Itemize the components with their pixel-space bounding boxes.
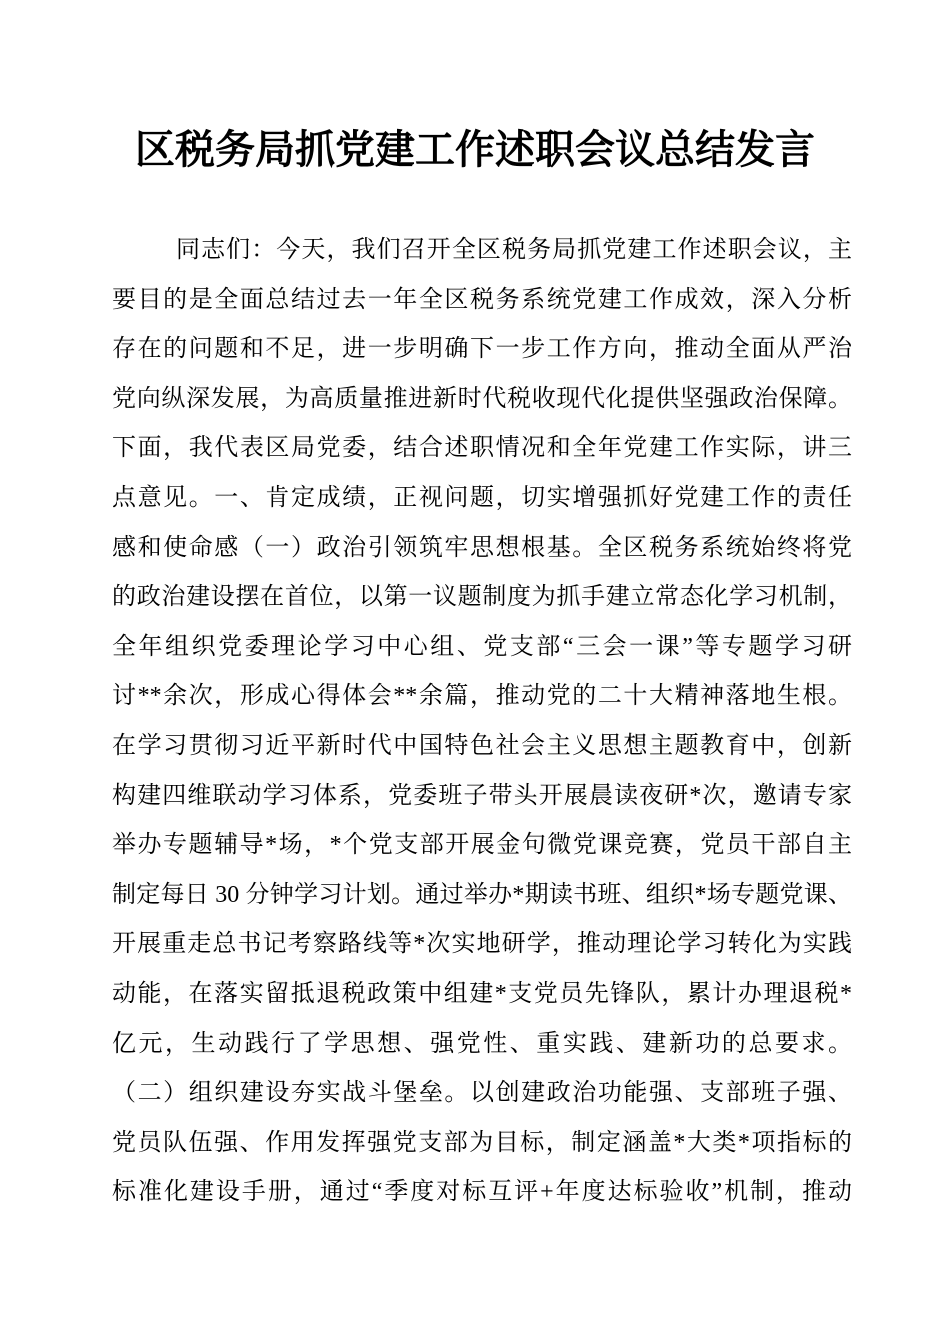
text-line: 开展重走总书记考察路线等*次实地研学，推动理论学习转化为实践 [112, 920, 852, 970]
text-line: 动能，在落实留抵退税政策中组建*支党员先锋队，累计办理退税* [112, 970, 852, 1020]
text-line: 下面，我代表区局党委，结合述职情况和全年党建工作实际，讲三 [112, 424, 852, 474]
text-line: 党向纵深发展，为高质量推进新时代税收现代化提供坚强政治保障。 [112, 375, 852, 425]
text-line: 存在的问题和不足，进一步明确下一步工作方向，推动全面从严治 [112, 325, 852, 375]
text-line: 构建四维联动学习体系，党委班子带头开展晨读夜研*次，邀请专家 [112, 772, 852, 822]
document-title: 区税务局抓党建工作述职会议总结发言 [0, 130, 950, 170]
text-line: 制定每日 30 分钟学习计划。通过举办*期读书班、组织*场专题党课、 [112, 871, 852, 921]
text-line: 的政治建设摆在首位，以第一议题制度为抓手建立常态化学习机制， [112, 573, 852, 623]
text-line: 点意见。一、肯定成绩，正视问题，切实增强抓好党建工作的责任 [112, 474, 852, 524]
text-line: 讨**余次，形成心得体会**余篇，推动党的二十大精神落地生根。 [112, 672, 852, 722]
text-line: 同志们：今天，我们召开全区税务局抓党建工作述职会议，主 [112, 226, 852, 276]
text-line: 感和使命感（一）政治引领筑牢思想根基。全区税务系统始终将党 [112, 524, 852, 574]
text-line: 全年组织党委理论学习中心组、党支部“三会一课”等专题学习研 [112, 623, 852, 673]
text-line: （二）组织建设夯实战斗堡垒。以创建政治功能强、支部班子强、 [112, 1069, 852, 1119]
text-line: 要目的是全面总结过去一年全区税务系统党建工作成效，深入分析 [112, 276, 852, 326]
text-line: 举办专题辅导*场，*个党支部开展金句微党课竞赛，党员干部自主 [112, 821, 852, 871]
document-body: 同志们：今天，我们召开全区税务局抓党建工作述职会议，主要目的是全面总结过去一年全… [112, 226, 852, 1218]
text-line: 标准化建设手册，通过“季度对标互评+年度达标验收”机制，推动 [112, 1168, 852, 1218]
document-page: 区税务局抓党建工作述职会议总结发言 同志们：今天，我们召开全区税务局抓党建工作述… [0, 0, 950, 1344]
text-line: 在学习贯彻习近平新时代中国特色社会主义思想主题教育中，创新 [112, 722, 852, 772]
text-line: 亿元，生动践行了学思想、强党性、重实践、建新功的总要求。 [112, 1020, 852, 1070]
text-line: 党员队伍强、作用发挥强党支部为目标，制定涵盖*大类*项指标的 [112, 1119, 852, 1169]
